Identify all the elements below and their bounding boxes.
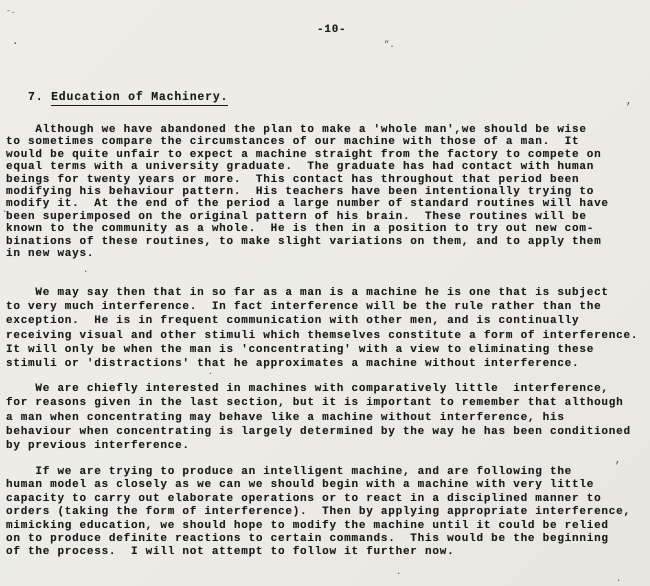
text-line: in new ways. bbox=[6, 248, 650, 260]
text-line: mimicking education, we should hope to m… bbox=[6, 520, 650, 533]
text-line: We are chiefly interested in machines wi… bbox=[6, 382, 650, 396]
scan-artifact: . bbox=[208, 368, 213, 377]
scan-artifact: ”. bbox=[384, 40, 395, 50]
scan-artifact: ’ bbox=[625, 102, 632, 114]
scan-artifact: . bbox=[616, 574, 621, 584]
text-line: on to produce definite reactions to cert… bbox=[6, 533, 650, 546]
scan-artifact: . bbox=[396, 567, 401, 577]
text-line: behaviour when concentrating is largely … bbox=[6, 425, 650, 439]
text-line: stimuli or 'distractions' that he approx… bbox=[6, 357, 650, 371]
text-line: would be quite unfair to expect a machin… bbox=[6, 149, 650, 161]
text-line: exception. He is in frequent communicati… bbox=[6, 314, 650, 328]
section-title: Education of Machinery. bbox=[51, 91, 228, 106]
paragraph: We are chiefly interested in machines wi… bbox=[6, 382, 650, 453]
scan-artifact: . bbox=[2, 205, 7, 215]
text-line: Although we have abandoned the plan to m… bbox=[6, 124, 650, 136]
text-line: orders (taking the form of interference)… bbox=[6, 506, 650, 519]
text-line: known to the community as a whole. He is… bbox=[6, 223, 650, 235]
scan-artifact: ’ bbox=[614, 461, 621, 473]
text-line: by previous interference. bbox=[6, 439, 650, 453]
scan-artifact: . bbox=[83, 265, 88, 275]
text-line: receiving visual and other stimuli which… bbox=[6, 329, 650, 343]
text-line: to very much interference. In fact inter… bbox=[6, 300, 650, 314]
text-line: It will only be when the man is 'concent… bbox=[6, 343, 650, 357]
text-line: We may say then that in so far as a man … bbox=[6, 286, 650, 300]
text-line: If we are trying to produce an intellige… bbox=[6, 466, 650, 479]
text-line: to sometimes compare the circumstances o… bbox=[6, 136, 650, 148]
section-number: 7. bbox=[28, 91, 51, 104]
text-line: modifying his behaviour pattern. His tea… bbox=[6, 186, 650, 198]
scan-artifact: . bbox=[12, 36, 19, 48]
text-line: of the process. I will not attempt to fo… bbox=[6, 546, 650, 559]
paragraph: Although we have abandoned the plan to m… bbox=[6, 124, 650, 260]
text-line: a man when concentrating may behave like… bbox=[6, 411, 650, 425]
page-number: -10- bbox=[317, 24, 346, 36]
text-line: been superimposed on the original patter… bbox=[6, 211, 650, 223]
text-line: equal terms with a university graduate. … bbox=[6, 161, 650, 173]
text-line: beings for twenty years or more. This co… bbox=[6, 174, 650, 186]
scan-artifact: -. bbox=[6, 7, 16, 16]
paragraph: If we are trying to produce an intellige… bbox=[6, 466, 650, 560]
paragraph: We may say then that in so far as a man … bbox=[6, 286, 650, 371]
section-heading: 7. Education of Machinery. bbox=[28, 91, 228, 104]
text-line: modify it. At the end of the period a la… bbox=[6, 198, 650, 210]
text-line: capacity to carry out elaborate operatio… bbox=[6, 493, 650, 506]
scanned-document-page: -10- 7. Education of Machinery. Although… bbox=[0, 0, 650, 586]
text-line: for reasons given in the last section, b… bbox=[6, 396, 650, 410]
text-line: binations of these routines, to make sli… bbox=[6, 236, 650, 248]
text-line: human model as closely as we can we shou… bbox=[6, 479, 650, 492]
